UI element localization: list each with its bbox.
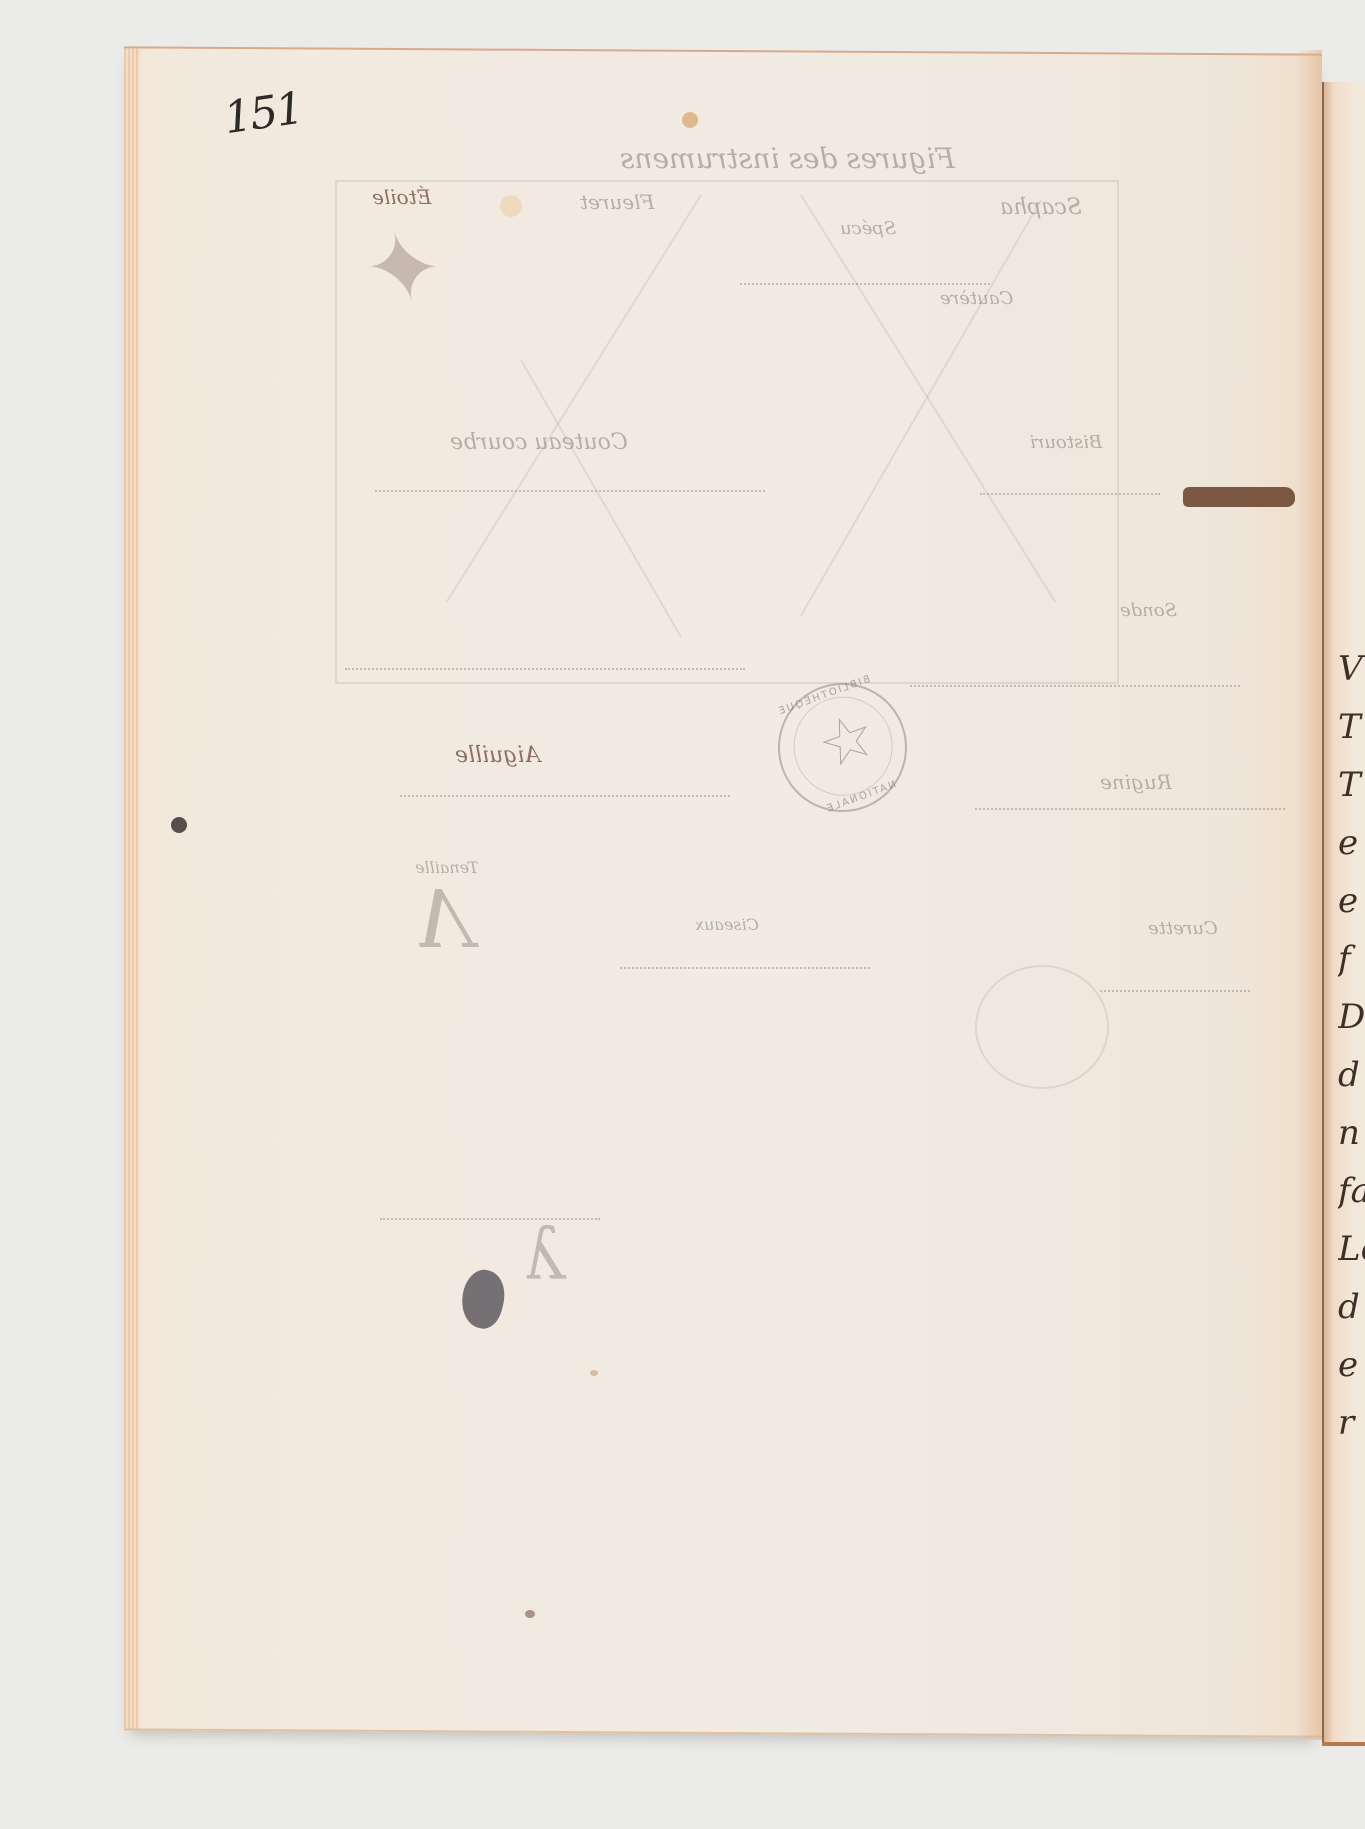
show-through-instrument [910, 685, 1240, 687]
show-through-instrument [375, 490, 765, 492]
page-edge [124, 48, 140, 1728]
manuscript-photo: V T T e e f De d n fa Le d e r 151 Figur… [0, 0, 1365, 1829]
forceps-sketch-icon: λ [520, 1220, 564, 1290]
show-through-instrument [740, 283, 990, 285]
ring-sketch [975, 965, 1109, 1089]
show-through-label: Étoile [372, 185, 431, 209]
gutter-shadow [1296, 50, 1322, 1740]
ink-stain [1183, 487, 1295, 507]
show-through-label: Couteau courbe [450, 430, 628, 455]
show-through-label: Fleuret [580, 190, 654, 214]
show-through-label: Rugine [1100, 770, 1172, 794]
dirt-speck [525, 1610, 535, 1618]
show-through-instrument [380, 1218, 600, 1220]
facing-page-edge [1322, 1742, 1365, 1746]
star-sketch-icon: ✦ [372, 222, 452, 317]
forceps-sketch-icon: Λ [415, 880, 473, 960]
show-through-instrument [975, 808, 1285, 810]
show-through-title: Figures des instrumens [620, 142, 955, 175]
show-through-instrument [345, 668, 745, 670]
show-through-instrument [1100, 990, 1250, 992]
show-through-label: Cautère [940, 288, 1013, 309]
foxing-stain [682, 112, 698, 128]
show-through-instrument [980, 493, 1160, 495]
show-through-label: Bistouri [1030, 432, 1102, 453]
foxing-stain [500, 195, 522, 217]
show-through-label: Spécu [840, 218, 896, 239]
ink-dot [171, 817, 187, 833]
show-through-label: Aiguille [455, 743, 540, 768]
dirt-speck [590, 1370, 598, 1376]
show-through-label: Curette [1148, 918, 1218, 939]
show-through-instrument [620, 967, 870, 969]
show-through-label: Ciseaux [695, 915, 759, 934]
show-through-label: Scapha [1000, 195, 1082, 220]
facing-page-text: V T T e e f De d n fa Le d e r [1338, 640, 1365, 1452]
show-through-label: Sonde [1120, 600, 1177, 621]
folio-number: 151 [221, 83, 305, 144]
show-through-instrument [400, 795, 730, 797]
